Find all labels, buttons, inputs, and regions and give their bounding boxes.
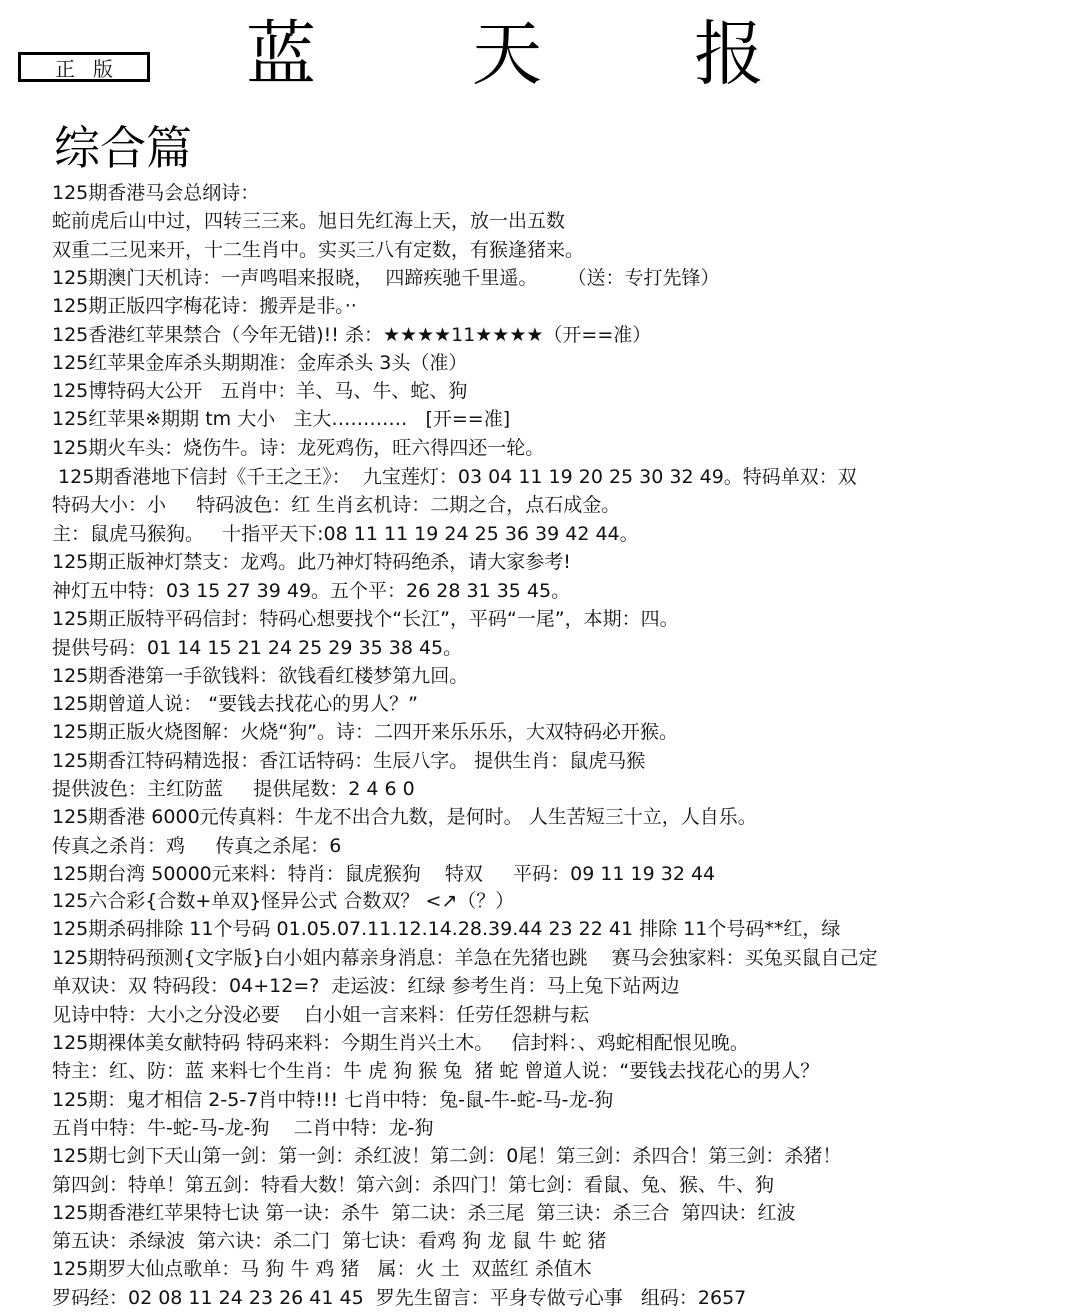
text-line: 第五诀：杀绿波 第六诀：杀二门 第七诀：看鸡 狗 龙 鼠 牛 蛇 猪 (52, 1228, 606, 1254)
text-line: 特主：红、防：蓝 来料七个生肖：牛 虎 狗 猴 兔 猪 蛇 曾道人说：“要钱去找… (52, 1058, 819, 1084)
section-title: 综合篇 (54, 118, 192, 178)
text-line: 见诗中特：大小之分没必要 白小姐一言来料：任劳任怨耕与耘 (52, 1002, 589, 1028)
text-line: 提供波色：主红防蓝 提供尾数：2 4 6 0 (52, 776, 415, 802)
text-line: 神灯五中特：03 15 27 39 49。五个平：26 28 31 35 45。 (52, 578, 570, 604)
text-line: 125期曾道人说： “要钱去找花心的男人？” (52, 691, 418, 717)
text-line: 125期杀码排除 11个号码 01.05.07.11.12.14.28.39.4… (52, 916, 840, 942)
text-line: 125期七剑下天山第一剑：第一剑：杀红波！第二剑：0尾！第三剑：杀四合！第三剑：… (52, 1143, 841, 1169)
text-line: 125期特码预测{文字版}白小姐内幕亲身消息：羊急在先猪也跳 赛马会独家料：买兔… (52, 945, 878, 971)
masthead-char-2: 天 (472, 14, 542, 94)
text-line: 125博特码大公开 五肖中：羊、马、牛、蛇、狗 (52, 378, 467, 404)
text-line: 第四剑：特单！第五剑：特看大数！第六剑：杀四门！第七剑：看鼠、兔、猴、牛、狗 (52, 1172, 774, 1198)
edition-badge: 正版 (18, 52, 150, 82)
text-line: 罗码经：02 08 11 24 23 26 41 45 罗先生留言：平身专做亏心… (52, 1285, 746, 1311)
text-line: 125期香港马会总纲诗： (52, 180, 259, 206)
masthead-char-1: 蓝 (246, 14, 316, 94)
text-line: 125期台湾 50000元来料：特肖：鼠虎猴狗 特双 平码：09 11 19 3… (52, 861, 715, 887)
text-line: 125期罗大仙点歌单：马 狗 牛 鸡 猪 属：火 土 双蓝红 杀值木 (52, 1256, 592, 1282)
text-line: 125期正版特平码信封：特码心想要找个“长江”，平码“一尾”，本期：四。 (52, 606, 679, 632)
text-line: 125期香江特码精选报：香江话特码：生辰八字。 提供生肖：鼠虎马猴 (52, 748, 645, 774)
text-line: 125香港红苹果禁合（今年无错)!! 杀：★★★★11★★★★（开==准） (52, 322, 651, 348)
text-line: 单双诀：双 特码段：04+12=? 走运波：红绿 参考生肖：马上兔下站两边 (52, 973, 679, 999)
text-line: 125期香港红苹果特七诀 第一诀：杀牛 第二诀：杀三尾 第三诀：杀三合 第四诀：… (52, 1200, 796, 1226)
text-line: 125期裸体美女献特码 特码来料：今期生肖兴土木。 信封料：、鸡蛇相配恨见晚。 (52, 1030, 749, 1056)
text-line: 125期香港地下信封《千王之王》： 九宝莲灯：03 04 11 19 20 25… (52, 464, 857, 490)
text-line: 125期香港第一手欲钱料：欲钱看红楼梦第九回。 (52, 663, 468, 689)
text-line: 125期正版火烧图解：火烧“狗”。诗：二四开来乐乐乐，大双特码必开猴。 (52, 719, 678, 745)
text-line: 传真之杀肖：鸡 传真之杀尾：6 (52, 833, 341, 859)
text-line: 蛇前虎后山中过，四转三三来。旭日先红海上天，放一出五数 (52, 208, 565, 234)
text-line: 125红苹果※期期 tm 大小 主大………… [开==准] (52, 406, 510, 432)
text-line: 特码大小：小 特码波色：红 生肖玄机诗：二期之合，点石成金。 (52, 492, 620, 518)
text-line: 125期正版四字梅花诗：搬弄是非。·· (52, 293, 357, 319)
text-line: 五肖中特：牛-蛇-马-龙-狗 二肖中特：龙-狗 (52, 1115, 433, 1141)
text-line: 125期：鬼才相信 2-5-7肖中特!!! 七肖中特：兔-鼠-牛-蛇-马-龙-狗 (52, 1087, 613, 1113)
masthead-char-3: 报 (694, 14, 764, 94)
text-line: 125期香港 6000元传真料：牛龙不出合九数，是何时。 人生苦短三十立，人自乐… (52, 804, 757, 830)
text-line: 125六合彩{合数+单双}怪异公式 合数双？ <↗（？） (52, 888, 514, 914)
text-line: 125红苹果金库杀头期期准：金库杀头 3头（准） (52, 350, 467, 376)
text-line: 125期澳门天机诗：一声鸣唱来报晓， 四蹄疾驰千里遥。 （送：专打先锋） (52, 265, 720, 291)
text-line: 主：鼠虎马猴狗。 十指平天下:08 11 11 19 24 25 36 39 4… (52, 521, 639, 547)
text-line: 125期正版神灯禁支：龙鸡。此乃神灯特码绝杀，请大家参考! (52, 549, 571, 575)
text-line: 提供号码：01 14 15 21 24 25 29 35 38 45。 (52, 635, 462, 661)
text-line: 125期火车头：烧伤牛。诗：龙死鸡伤，旺六得四还一轮。 (52, 435, 544, 461)
text-line: 双重二三见来开，十二生肖中。实买三八有定数，有猴逢猪来。 (52, 237, 584, 263)
